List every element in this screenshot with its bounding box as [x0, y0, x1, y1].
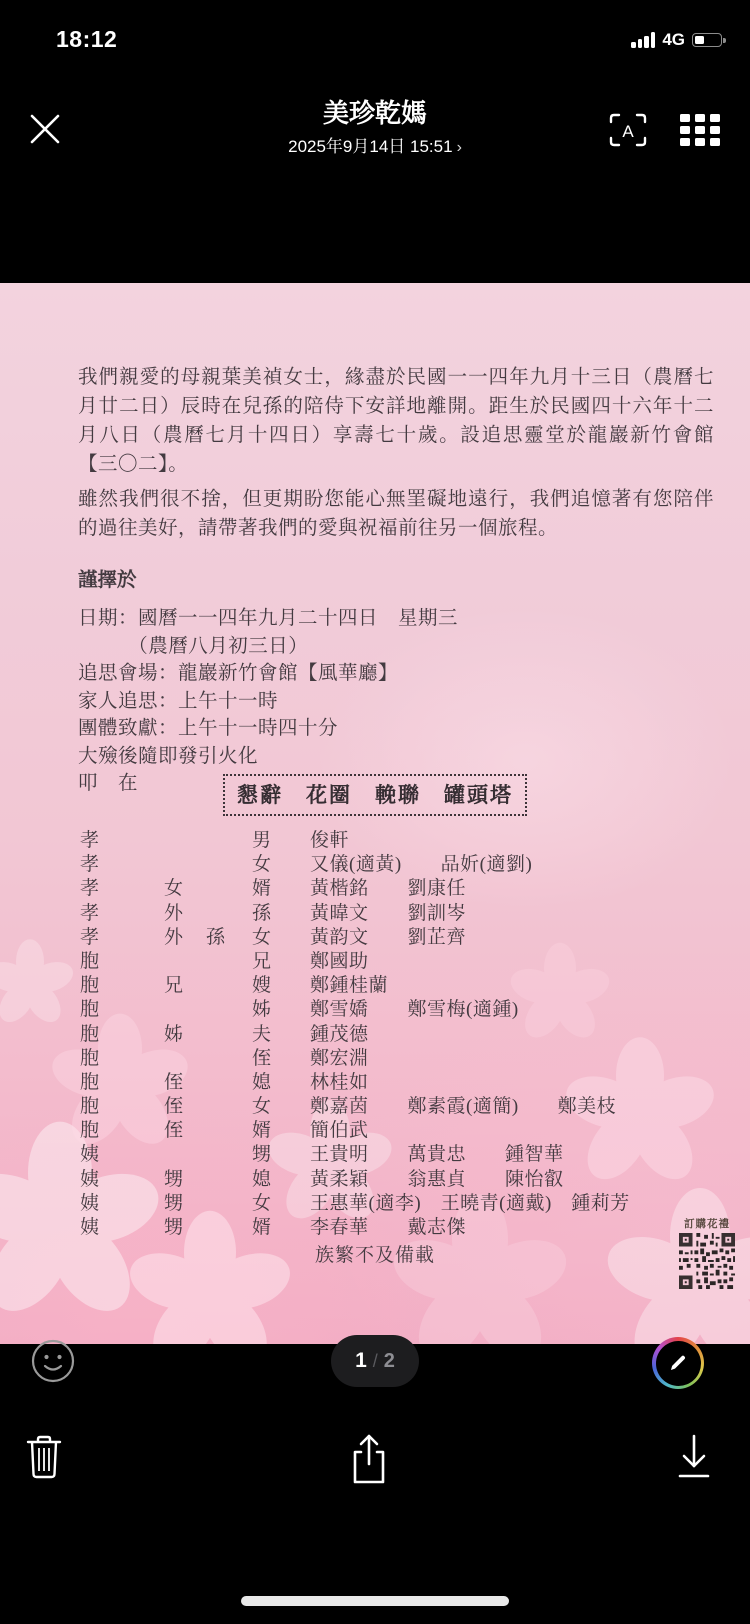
relation-col-2: 侄 [164, 1095, 206, 1119]
family-names: 鄭嘉茵 鄭素霞(適簡) 鄭美枝 [310, 1095, 750, 1119]
relation-col-3 [206, 829, 252, 853]
relation-role: 女 [252, 926, 310, 950]
relation-col-3 [206, 974, 252, 998]
notice-box: 懇辭 花圈 輓聯 罐頭塔 [223, 774, 527, 816]
home-indicator[interactable] [241, 1596, 509, 1606]
relation-col-3 [206, 1119, 252, 1143]
family-names: 又儀(適黃) 品妡(適劉) [310, 853, 750, 877]
relation-col-1: 胞 [80, 1071, 164, 1095]
relation-col-2: 外 [164, 926, 206, 950]
relation-role: 婿 [252, 877, 310, 901]
edit-markup-button[interactable] [652, 1337, 704, 1389]
relation-col-1: 胞 [80, 1119, 164, 1143]
relation-role: 孫 [252, 902, 310, 926]
photos-app-screen: 18:12 4G 美珍乾媽 2025年9月14日 15:51› A [0, 0, 750, 1624]
chevron-right-icon: › [457, 139, 462, 156]
relation-role: 婿 [252, 1119, 310, 1143]
relation-role: 婿 [252, 1216, 310, 1240]
family-row: 孝 外 孫 女 黃韵文 劉芷齊 [0, 926, 750, 950]
family-row: 胞 兄 嫂 鄭鍾桂蘭 [0, 974, 750, 998]
family-row: 孝 女 婿 黃楷銘 劉康任 [0, 877, 750, 901]
relation-col-1: 胞 [80, 998, 164, 1022]
relation-role: 女 [252, 1095, 310, 1119]
family-row: 姨 甥 媳 黃柔穎 翁惠貞 陳怡叡 [0, 1168, 750, 1192]
download-icon[interactable] [672, 1432, 728, 1494]
relation-col-1: 孝 [80, 877, 164, 901]
relation-col-3 [206, 950, 252, 974]
trash-icon[interactable] [22, 1432, 78, 1494]
page-current: 1 [355, 1349, 367, 1373]
status-right-cluster: 4G [631, 30, 722, 50]
status-bar: 18:12 4G [0, 0, 750, 60]
page-indicator: 1 / 2 [331, 1335, 419, 1387]
photo-header: 美珍乾媽 2025年9月14日 15:51› A [0, 60, 750, 190]
family-list: 孝 男 俊軒 孝 女 又儀(適黃) 品妡(適劉) 孝 女 [0, 829, 750, 1240]
relation-role: 甥 [252, 1143, 310, 1167]
relation-col-2: 兄 [164, 974, 206, 998]
bottom-controls: 1 / 2 [0, 1335, 750, 1389]
relation-col-2: 外 [164, 902, 206, 926]
relation-role: 媳 [252, 1168, 310, 1192]
family-row: 姨 甥 王貴明 萬貴忠 鍾智華 [0, 1143, 750, 1167]
relation-col-3 [206, 877, 252, 901]
schedule-line: 大殮後隨即發引火化 [78, 743, 458, 771]
family-names: 簡伯武 [310, 1119, 750, 1143]
qr-code [679, 1233, 735, 1289]
family-names: 黃楷銘 劉康任 [310, 877, 750, 901]
relation-role: 嫂 [252, 974, 310, 998]
relation-col-3 [206, 1047, 252, 1071]
relation-col-3 [206, 1192, 252, 1216]
relation-role: 夫 [252, 1023, 310, 1047]
svg-text:A: A [622, 122, 634, 141]
relation-col-3: 孫 [206, 926, 252, 950]
relation-col-3 [206, 1216, 252, 1240]
schedule-line: 團體致獻：上午十一時四十分 [78, 715, 458, 743]
relation-col-1: 姨 [80, 1168, 164, 1192]
family-row: 姨 甥 女 王惠華(適李) 王曉青(適戴) 鍾莉芳 [0, 1192, 750, 1216]
family-names: 鄭雪嬌 鄭雪梅(適鍾) [310, 998, 750, 1022]
relation-col-1: 姨 [80, 1216, 164, 1240]
schedule-line: （農曆八月初三日） [78, 633, 458, 661]
family-row: 胞 姊 夫 鍾茂德 [0, 1023, 750, 1047]
family-row: 胞 侄 婿 簡伯武 [0, 1119, 750, 1143]
family-names: 鄭鍾桂蘭 [310, 974, 750, 998]
relation-col-3 [206, 853, 252, 877]
family-row: 姨 甥 婿 李春華 戴志傑 [0, 1216, 750, 1240]
family-row: 孝 男 俊軒 [0, 829, 750, 853]
relation-col-2 [164, 950, 206, 974]
family-names: 王貴明 萬貴忠 鍾智華 [310, 1143, 750, 1167]
battery-icon [692, 33, 722, 47]
grid-view-icon[interactable] [680, 114, 722, 148]
relation-col-1: 孝 [80, 902, 164, 926]
relation-col-1: 姨 [80, 1192, 164, 1216]
relation-col-2 [164, 1047, 206, 1071]
schedule-block: 日期：國曆一一四年九月二十四日 星期三 （農曆八月初三日）追思會場：龍巖新竹會館… [78, 605, 458, 798]
family-names: 鄭宏淵 [310, 1047, 750, 1071]
qr-block: 訂購花禮 [676, 1216, 738, 1289]
pencil-icon [665, 1350, 691, 1376]
relation-col-1: 胞 [80, 1047, 164, 1071]
relation-col-2: 甥 [164, 1192, 206, 1216]
relation-role: 男 [252, 829, 310, 853]
page-separator: / [373, 1351, 378, 1372]
family-row: 孝 外 孫 黃暐文 劉訓岑 [0, 902, 750, 926]
relation-col-2: 女 [164, 877, 206, 901]
qr-label: 訂購花禮 [676, 1216, 738, 1231]
schedule-line: 日期：國曆一一四年九月二十四日 星期三 [78, 605, 458, 633]
relation-col-3 [206, 1071, 252, 1095]
relation-role: 兄 [252, 950, 310, 974]
relation-col-1: 孝 [80, 926, 164, 950]
signal-bars-icon [631, 32, 655, 48]
relation-col-1: 孝 [80, 829, 164, 853]
footer-note: 族繁不及備載 [0, 1240, 750, 1267]
relation-col-2: 甥 [164, 1216, 206, 1240]
relation-role: 姊 [252, 998, 310, 1022]
relation-col-2: 侄 [164, 1071, 206, 1095]
photo-image[interactable]: 我們親愛的母親葉美禎女士，緣盡於民國一一四年九月十三日（農曆七月廿二日）辰時在兒… [0, 283, 750, 1344]
relation-col-2 [164, 1143, 206, 1167]
relation-col-1: 姨 [80, 1143, 164, 1167]
relation-col-2: 姊 [164, 1023, 206, 1047]
share-icon[interactable] [347, 1432, 403, 1494]
relation-col-1: 胞 [80, 950, 164, 974]
relation-col-2 [164, 829, 206, 853]
relation-col-3 [206, 1023, 252, 1047]
relation-col-2: 甥 [164, 1168, 206, 1192]
family-names: 黃暐文 劉訓岑 [310, 902, 750, 926]
family-row: 胞 姊 鄭雪嬌 鄭雪梅(適鍾) [0, 998, 750, 1022]
family-row: 胞 侄 媳 林桂如 [0, 1071, 750, 1095]
family-names: 鍾茂德 [310, 1023, 750, 1047]
photo-date: 2025年9月14日 15:51 [288, 137, 452, 156]
relation-col-1: 胞 [80, 1023, 164, 1047]
relation-col-3 [206, 1168, 252, 1192]
relation-role: 侄 [252, 1047, 310, 1071]
family-names: 林桂如 [310, 1071, 750, 1095]
obituary-paragraph-1: 我們親愛的母親葉美禎女士，緣盡於民國一一四年九月十三日（農曆七月廿二日）辰時在兒… [78, 363, 714, 479]
obituary-paragraph-2: 雖然我們很不捨，但更期盼您能心無罣礙地遠行，我們追憶著有您陪伴的過往美好，請帶著… [78, 485, 714, 543]
people-smiley-icon[interactable] [30, 1338, 76, 1384]
relation-role: 女 [252, 853, 310, 877]
network-type-label: 4G [662, 30, 685, 50]
family-names: 黃韵文 劉芷齊 [310, 926, 750, 950]
relation-col-3 [206, 1143, 252, 1167]
family-row: 孝 女 又儀(適黃) 品妡(適劉) [0, 853, 750, 877]
status-time: 18:12 [56, 26, 117, 53]
relation-col-1: 孝 [80, 853, 164, 877]
family-names: 王惠華(適李) 王曉青(適戴) 鍾莉芳 [310, 1192, 750, 1216]
relation-col-2 [164, 998, 206, 1022]
family-row: 胞 侄 女 鄭嘉茵 鄭素霞(適簡) 鄭美枝 [0, 1095, 750, 1119]
relation-col-3 [206, 998, 252, 1022]
relation-col-2 [164, 853, 206, 877]
schedule-line: 家人追思：上午十一時 [78, 688, 458, 716]
chosen-heading: 謹擇於 [78, 564, 137, 592]
relation-role: 媳 [252, 1071, 310, 1095]
schedule-line: 追思會場：龍巖新竹會館【風華廳】 [78, 660, 458, 688]
family-row: 胞 兄 鄭國助 [0, 950, 750, 974]
relation-role: 女 [252, 1192, 310, 1216]
relation-col-3 [206, 1095, 252, 1119]
relation-col-1: 胞 [80, 974, 164, 998]
relation-col-2: 侄 [164, 1119, 206, 1143]
bottom-toolbar [0, 1432, 750, 1502]
family-row: 胞 侄 鄭宏淵 [0, 1047, 750, 1071]
family-names: 鄭國助 [310, 950, 750, 974]
relation-col-1: 胞 [80, 1095, 164, 1119]
live-text-icon[interactable]: A [608, 112, 648, 148]
family-names: 黃柔穎 翁惠貞 陳怡叡 [310, 1168, 750, 1192]
relation-col-3 [206, 902, 252, 926]
page-total: 2 [384, 1350, 395, 1373]
family-names: 俊軒 [310, 829, 750, 853]
